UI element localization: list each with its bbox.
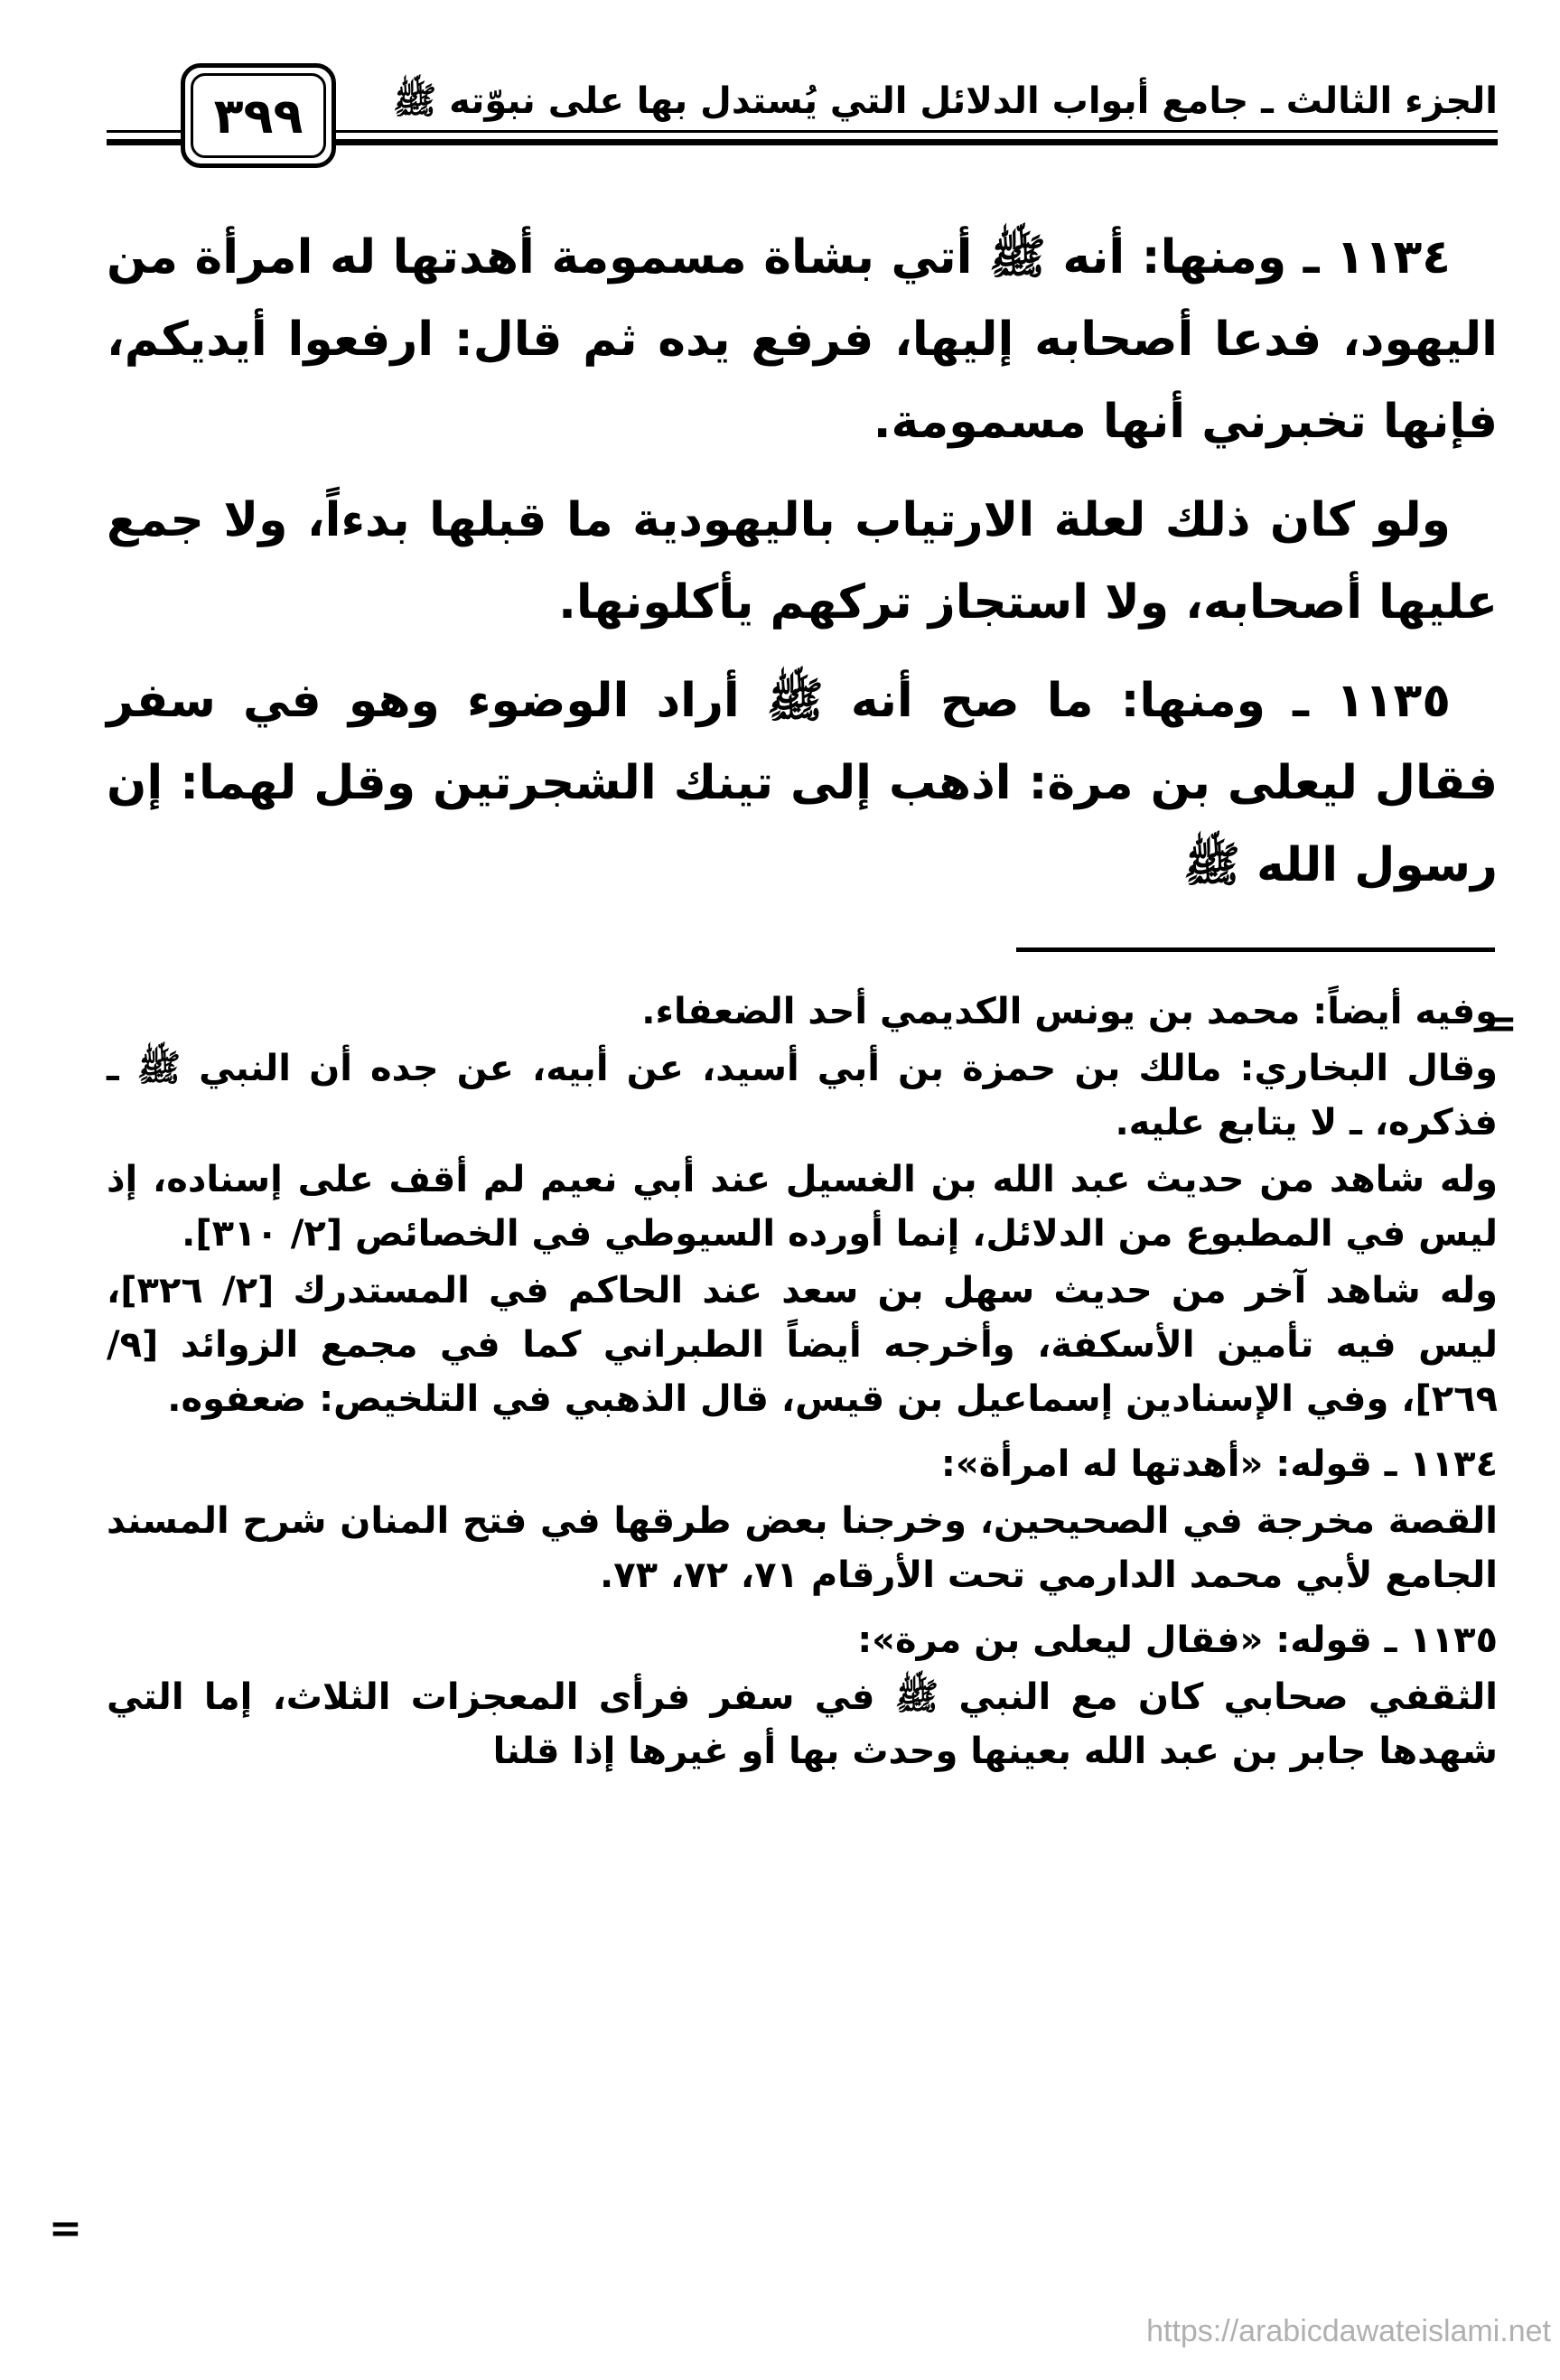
footnote-paragraph: الثقفي صحابي كان مع النبي ﷺ في سفر فرأى …	[107, 1670, 1498, 1778]
book-page: الجزء الثالث ـ جامع أبواب الدلائل التي ي…	[0, 0, 1560, 2380]
main-text: ١١٣٤ ـ ومنها: أنه ﷺ أتي بشاة مسمومة أهدت…	[107, 217, 1498, 923]
footnotes: وفيه أيضاً: محمد بن يونس الكديمي أحد الض…	[107, 985, 1498, 1781]
footnote-paragraph: وفيه أيضاً: محمد بن يونس الكديمي أحد الض…	[107, 985, 1498, 1039]
footnote-paragraph: وله شاهد آخر من حديث سهل بن سعد عند الحا…	[107, 1264, 1498, 1426]
running-title: الجزء الثالث ـ جامع أبواب الدلائل التي ي…	[393, 76, 1498, 126]
footnote-paragraph: وله شاهد من حديث عبد الله بن الغسيل عند …	[107, 1153, 1498, 1261]
footnote-paragraph: القصة مخرجة في الصحيحين، وخرجنا بعض طرقه…	[107, 1494, 1498, 1602]
paragraph-commentary: ولو كان ذلك لعلة الارتياب باليهودية ما ق…	[107, 480, 1498, 644]
paragraph-1135: ١١٣٥ ـ ومنها: ما صح أنه ﷺ أراد الوضوء وه…	[107, 660, 1498, 907]
page-number: ٣٩٩	[191, 73, 326, 158]
watermark-url: https://arabicdawateislami.net	[1146, 2314, 1551, 2349]
continuation-marker-bottom: =	[49, 2209, 82, 2249]
page-header: الجزء الثالث ـ جامع أبواب الدلائل التي ي…	[107, 63, 1498, 163]
footnote-paragraph: وقال البخاري: مالك بن حمزة بن أبي أسيد، …	[107, 1041, 1498, 1150]
paragraph-1134: ١١٣٤ ـ ومنها: أنه ﷺ أتي بشاة مسمومة أهدت…	[107, 217, 1498, 463]
footnote-heading-1135: ١١٣٥ ـ قوله: «فقال ليعلى بن مرة»:	[107, 1613, 1498, 1667]
footnote-heading-1134: ١١٣٤ ـ قوله: «أهدتها له امرأة»:	[107, 1437, 1498, 1491]
footnote-separator	[1016, 947, 1495, 952]
page-number-frame: ٣٩٩	[181, 63, 336, 168]
